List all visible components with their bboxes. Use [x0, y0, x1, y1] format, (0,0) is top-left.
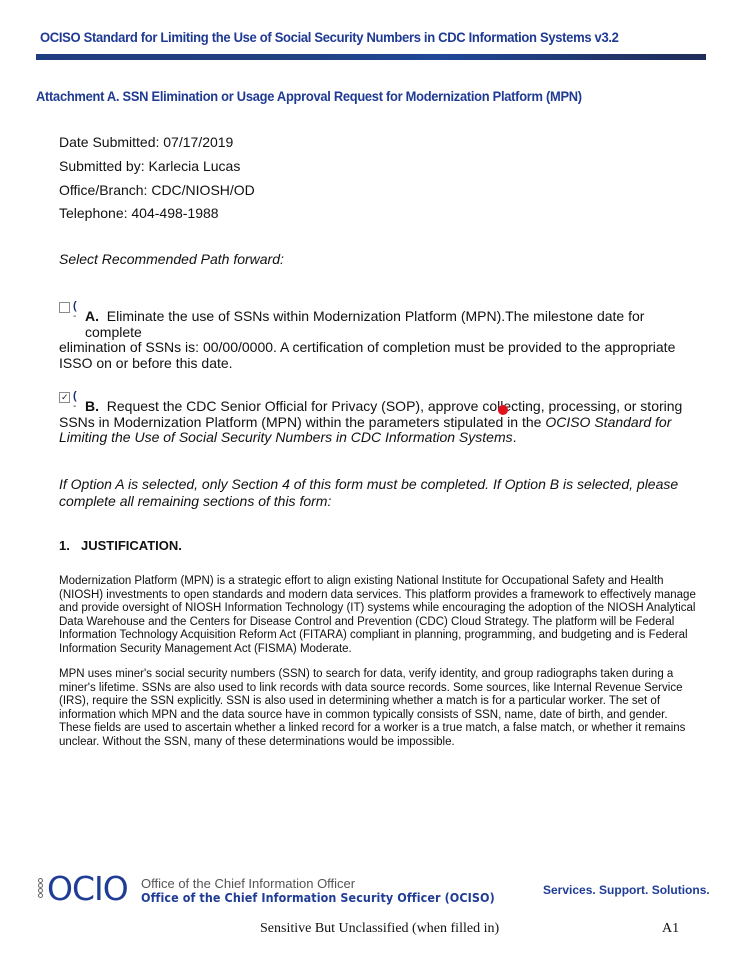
justification-paragraph-1: Modernization Platform (MPN) is a strate…: [59, 575, 699, 656]
date-submitted: Date Submitted: 07/17/2019: [59, 134, 233, 150]
option-a-text-rest: elimination of SSNs is: 00/00/0000. A ce…: [59, 339, 675, 371]
option-a-checkbox[interactable]: [59, 302, 70, 313]
logo-wordmark: OCIO: [47, 869, 128, 908]
footer-tagline: Services. Support. Solutions.: [543, 883, 710, 897]
option-b-first-line: ( - B. Request the CDC Senior Official f…: [59, 399, 699, 415]
telephone: Telephone: 404-498-1988: [59, 205, 219, 221]
justification-paragraph-2: MPN uses miner's social security numbers…: [59, 668, 699, 749]
option-b-text-line1: Request the CDC Senior Official for Priv…: [107, 398, 683, 414]
option-b-text-plain: SSNs in Modernization Platform (MPN) wit…: [59, 414, 545, 430]
office-cio-label: Office of the Chief Information Officer: [141, 876, 355, 891]
option-a-first-line: ( - A. Eliminate the use of SSNs within …: [59, 309, 699, 340]
office-ciso-label: Office of the Chief Information Security…: [141, 891, 495, 905]
option-a-text-line1: Eliminate the use of SSNs within Moderni…: [85, 308, 644, 340]
option-a-letter: A.: [85, 308, 99, 324]
attachment-title: Attachment A. SSN Elimination or Usage A…: [36, 88, 582, 104]
office-branch: Office/Branch: CDC/NIOSH/OD: [59, 182, 255, 198]
classification-label: Sensitive But Unclassified (when filled …: [260, 921, 499, 937]
option-note: If Option A is selected, only Section 4 …: [59, 476, 699, 510]
submitted-by: Submitted by: Karlecia Lucas: [59, 158, 240, 174]
section-1-number: 1.: [59, 538, 81, 553]
header-rule: [36, 54, 706, 60]
logo-dots-icon: [38, 878, 44, 898]
select-path-prompt: Select Recommended Path forward:: [59, 251, 284, 267]
option-b-text-end: .: [513, 429, 517, 445]
option-a: ( - A. Eliminate the use of SSNs within …: [59, 309, 699, 371]
option-a-dash-marker: -: [73, 309, 76, 325]
document-header-title: OCISO Standard for Limiting the Use of S…: [40, 29, 619, 45]
page-number: A1: [662, 921, 679, 937]
option-b-dash-marker: -: [73, 399, 76, 415]
option-b-checkbox[interactable]: [59, 392, 70, 403]
section-1-heading: 1.JUSTIFICATION.: [59, 538, 182, 553]
option-b: ( - B. Request the CDC Senior Official f…: [59, 399, 699, 446]
option-b-letter: B.: [85, 398, 99, 414]
section-1-title: JUSTIFICATION.: [81, 538, 182, 553]
cursor-marker: [498, 405, 508, 415]
